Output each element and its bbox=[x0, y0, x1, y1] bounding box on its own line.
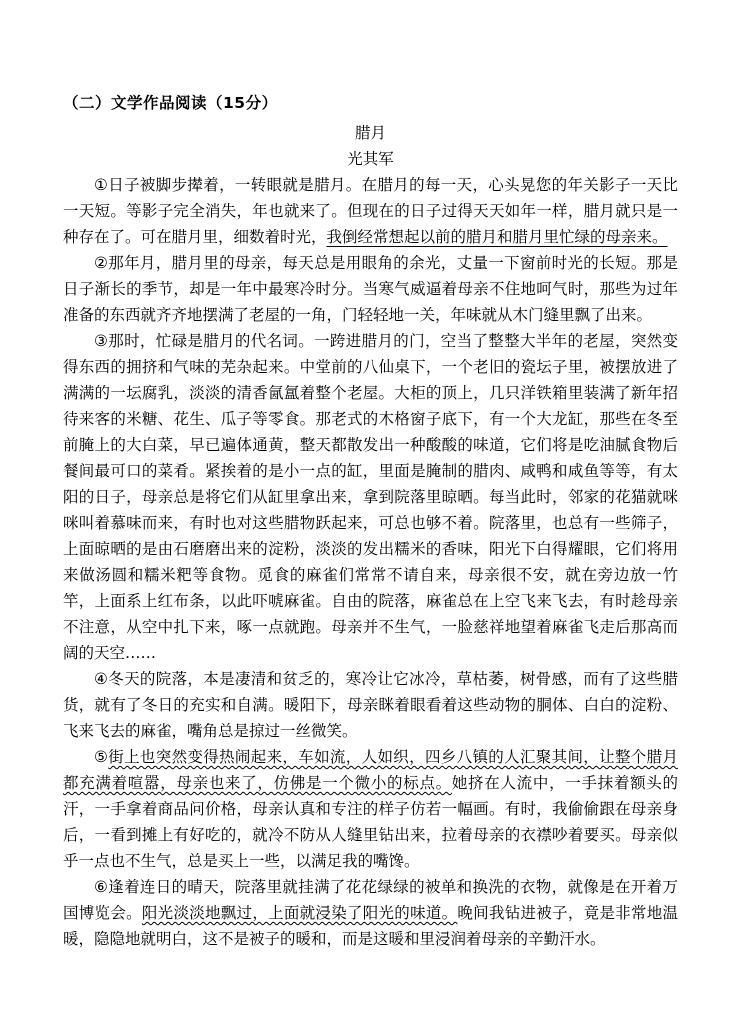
paragraph-1: ①日子被脚步撵着，一转眼就是腊月。在腊月的每一天，心头晃您的年关影子一天比一天短… bbox=[63, 172, 678, 250]
underlined-text-segment: 我倒经常想起以前的腊月和腊月里忙绿的母亲来。 bbox=[327, 228, 668, 246]
wavy-underlined-text-segment: 阳光淡淡地飘过，上面就浸染了阳光的味道。 bbox=[142, 904, 458, 922]
section-heading: （二）文学作品阅读（15分） bbox=[63, 90, 678, 116]
document-page: （二）文学作品阅读（15分） 腊月 光其军 ①日子被脚步撵着，一转眼就是腊月。在… bbox=[0, 0, 738, 1021]
article-author: 光其军 bbox=[63, 146, 678, 172]
paragraph-4: ④冬天的院落，本是凄清和贫乏的，寒冷让它冰冷，草枯萎，树骨感，而有了这些腊货，就… bbox=[63, 666, 678, 744]
article-title: 腊月 bbox=[63, 120, 678, 146]
paragraph-5: ⑤街上也突然变得热闹起来，车如流，人如织，四乡八镇的人汇聚其间，让整个腊月都充满… bbox=[63, 744, 678, 874]
paragraph-6: ⑥逢着连日的晴天，院落里就挂满了花花绿绿的被单和换洗的衣物，就像是在开着万国博览… bbox=[63, 874, 678, 952]
paragraph-2: ②那年月，腊月里的母亲，每天总是用眼角的余光，丈量一下窗前时光的长短。那是日子渐… bbox=[63, 250, 678, 328]
text-segment: ④冬天的院落，本是凄清和贫乏的，寒冷让它冰冷，草枯萎，树骨感，而有了这些腊货，就… bbox=[63, 670, 678, 740]
text-segment: ②那年月，腊月里的母亲，每天总是用眼角的余光，丈量一下窗前时光的长短。那是日子渐… bbox=[63, 254, 678, 324]
text-segment: ③那时，忙碌是腊月的代名词。一跨进腊月的门，空当了整整大半年的老屋，突然变得东西… bbox=[63, 332, 678, 662]
text-segment: ⑤ bbox=[94, 748, 108, 766]
paragraph-3: ③那时，忙碌是腊月的代名词。一跨进腊月的门，空当了整整大半年的老屋，突然变得东西… bbox=[63, 328, 678, 666]
